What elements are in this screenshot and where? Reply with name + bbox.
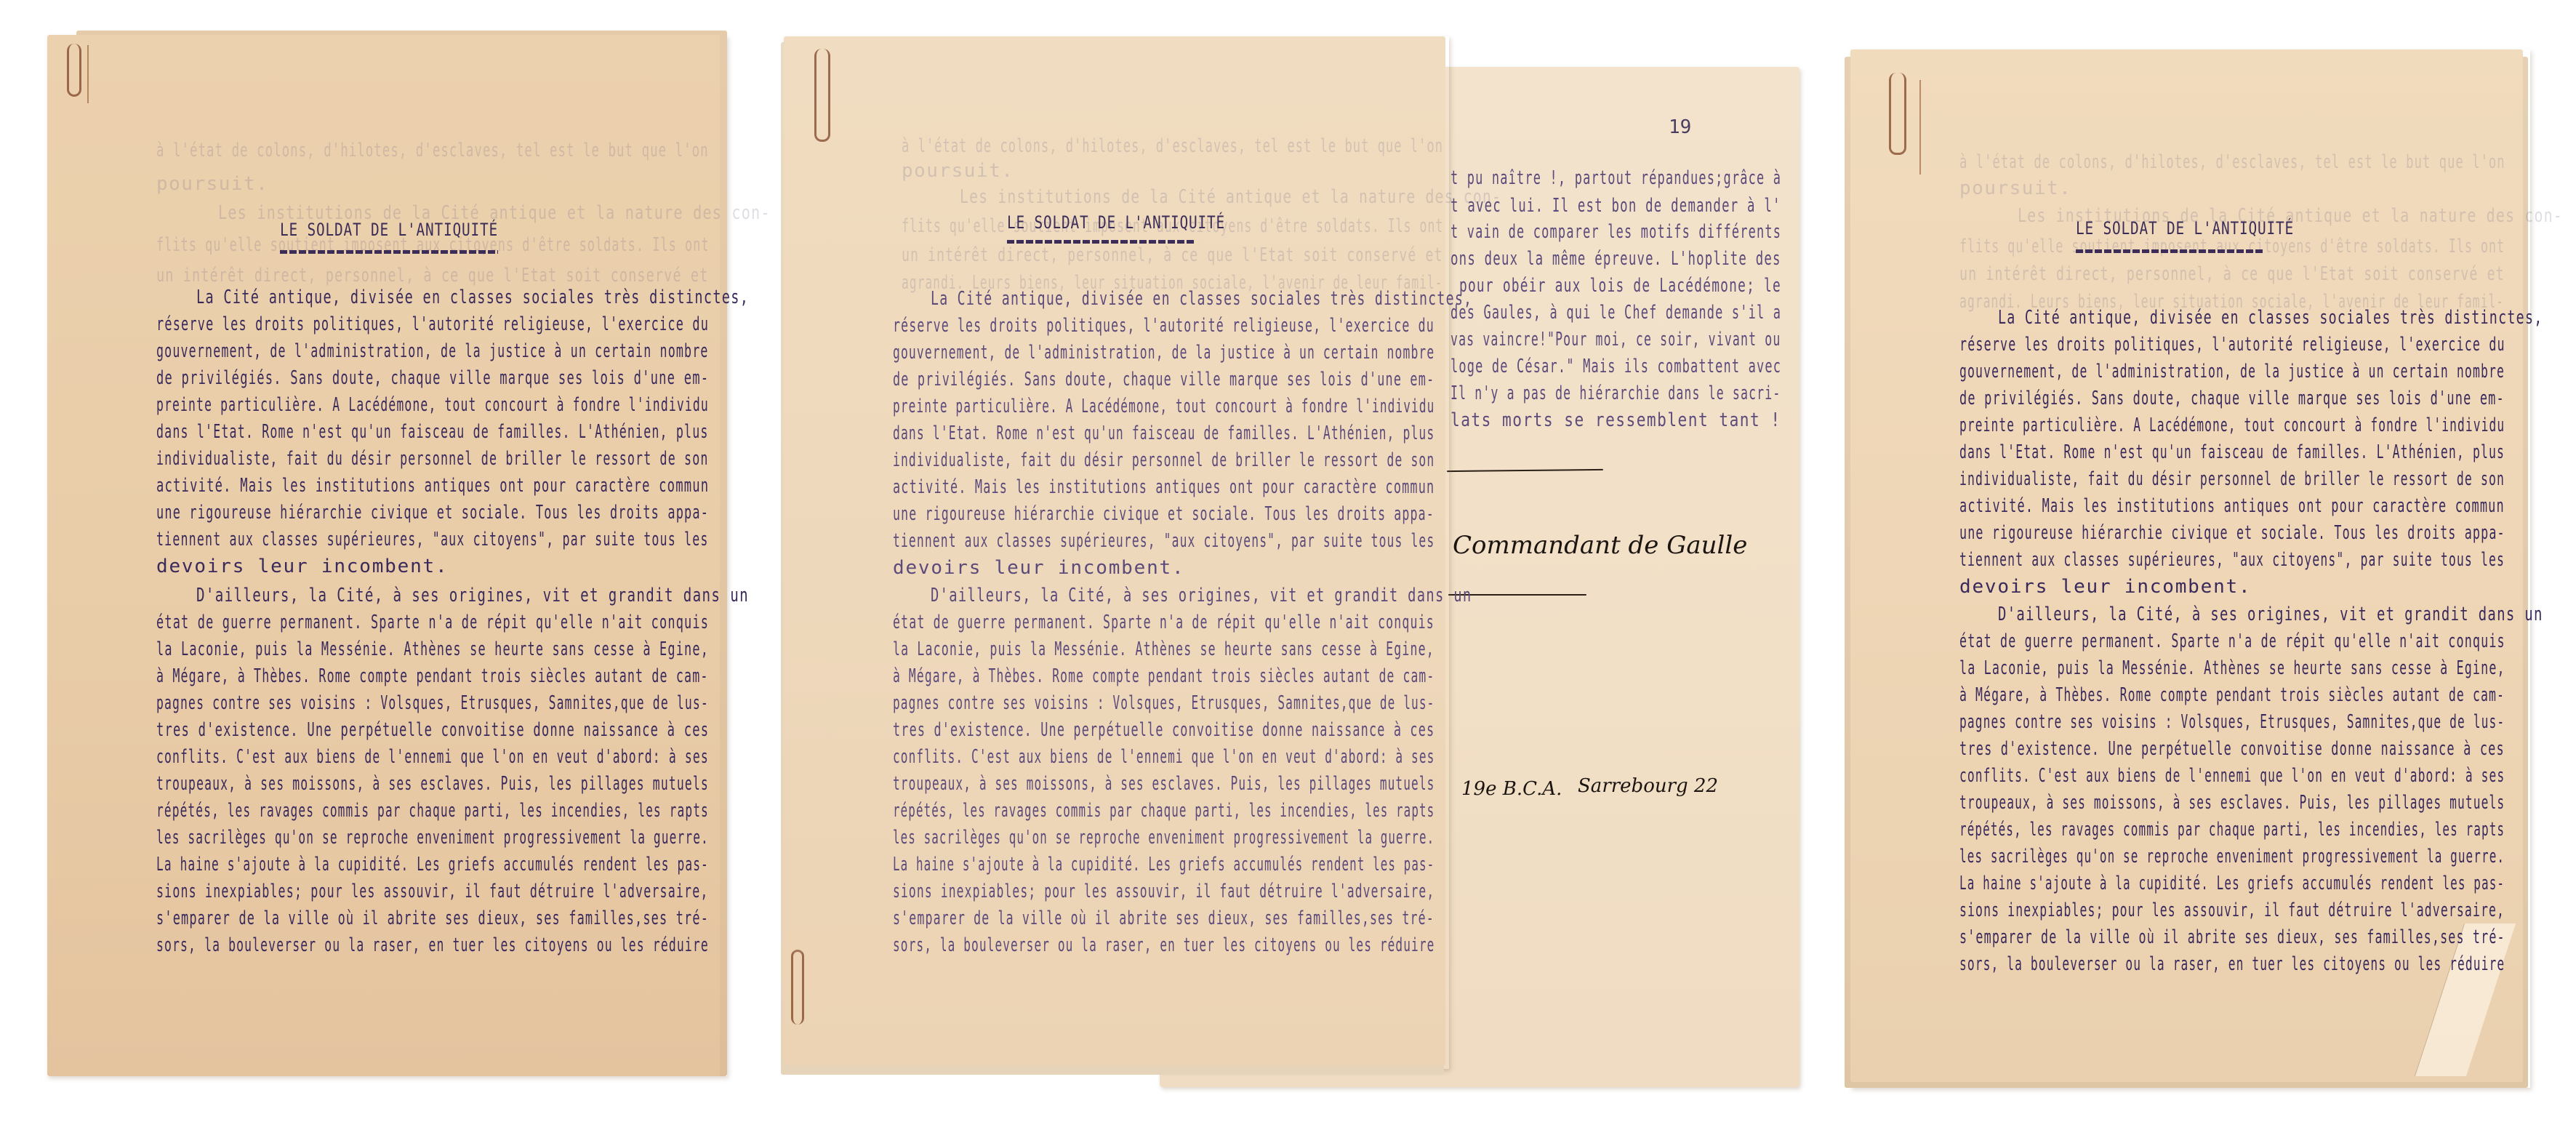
text-line: activité. Mais les institutions antiques…: [1959, 497, 2505, 516]
text-line: individualiste, fait du désir personnel …: [156, 449, 709, 468]
text-line: dans l'Etat. Rome n'est qu'un faisceau d…: [156, 422, 709, 441]
show-through-line: poursuit.: [156, 173, 268, 195]
text-line: des Gaules, à qui le Chef demande s'il a: [1450, 303, 1781, 322]
text-line: lats morts se ressemblent tant !: [1450, 411, 1781, 430]
title-underline: [2076, 249, 2265, 253]
show-through-line: Les institutions de la Cité antique et l…: [960, 186, 1501, 208]
text-line: s'emparer de la ville où il abrite ses d…: [156, 909, 709, 928]
text-line: dans l'Etat. Rome n'est qu'un faisceau d…: [893, 424, 1435, 443]
rust-stain: [1919, 80, 1921, 175]
text-line: preinte particulière. A Lacédémone, tout…: [893, 397, 1435, 416]
text-line: La Cité antique, divisée en classes soci…: [1998, 308, 2543, 327]
show-through-line: à l'état de colons, d'hilotes, d'esclave…: [902, 135, 1443, 157]
show-through-line: un intérêt direct, personnel, à ce que l…: [902, 244, 1443, 266]
text-line: tiennent aux classes supérieures, "aux c…: [1959, 550, 2505, 569]
show-through-line: un intérêt direct, personnel, à ce que l…: [156, 265, 708, 286]
text-line: réserve les droits politiques, l'autorit…: [156, 315, 709, 334]
text-line: la Laconie, puis la Messénie. Athènes se…: [893, 640, 1435, 659]
show-through-line: à l'état de colons, d'hilotes, d'esclave…: [1959, 151, 2505, 173]
text-line: devoirs leur incombent.: [1959, 577, 2251, 596]
text-line: sors, la bouleverser ou la raser, en tue…: [893, 936, 1435, 955]
text-line: les sacrilèges qu'on se reproche envenim…: [156, 828, 709, 847]
staple-rust-mark: [1889, 73, 1906, 155]
text-line: t pu naître !, partout répandues;grâce à: [1450, 169, 1781, 188]
text-line: les sacrilèges qu'on se reproche envenim…: [893, 828, 1435, 847]
text-line: vas vaincre!"Pour moi, ce soir, vivant o…: [1450, 330, 1781, 349]
text-line: réserve les droits politiques, l'autorit…: [893, 316, 1435, 335]
text-line: une rigoureuse hiérarchie civique et soc…: [156, 503, 709, 522]
text-line: tiennent aux classes supérieures, "aux c…: [893, 532, 1435, 550]
show-through-line: flits qu'elle soutient imposent aux cito…: [1959, 236, 2505, 257]
rust-stain: [87, 45, 89, 103]
text-line: répétés, les ravages commis par chaque p…: [156, 801, 709, 820]
text-line: La Cité antique, divisée en classes soci…: [196, 288, 749, 307]
text-line: pagnes contre ses voisins : Volsques, Et…: [893, 694, 1435, 713]
text-line: état de guerre permanent. Sparte n'a de …: [1959, 632, 2505, 651]
show-through-line: un intérêt direct, personnel, à ce que l…: [1959, 263, 2505, 285]
show-through-line: poursuit.: [902, 160, 1014, 182]
text-line: à Mégare, à Thèbes. Rome compte pendant …: [893, 667, 1435, 686]
text-line: à Mégare, à Thèbes. Rome compte pendant …: [156, 667, 709, 686]
text-line: troupeaux, à ses moissons, à ses esclave…: [156, 774, 709, 793]
text-line: Il n'y a pas de hiérarchie dans le sacri…: [1450, 384, 1781, 403]
text-line: sors, la bouleverser ou la raser, en tue…: [156, 936, 709, 955]
text-line: La Cité antique, divisée en classes soci…: [931, 289, 1472, 308]
text-line: D'ailleurs, la Cité, à ses origines, vit…: [1998, 605, 2543, 624]
staple-rust-mark-bottom: [791, 950, 804, 1025]
text-line: loge de César." Mais ils combattent avec: [1450, 357, 1781, 376]
text-line: tres d'existence. Une perpétuelle convoi…: [156, 721, 709, 740]
text-line: état de guerre permanent. Sparte n'a de …: [156, 613, 709, 632]
text-line: gouvernement, de l'administration, de la…: [1959, 362, 2505, 381]
title-underline: [280, 250, 498, 254]
text-line: activité. Mais les institutions antiques…: [893, 478, 1435, 497]
text-line: t vain de comparer les motifs différents: [1450, 223, 1781, 241]
text-line: La haine s'ajoute à la cupidité. Les gri…: [893, 855, 1435, 874]
text-line: La haine s'ajoute à la cupidité. Les gri…: [156, 855, 709, 874]
text-line: ons deux la même épreuve. L'hoplite des: [1450, 249, 1781, 268]
text-line: conflits. C'est aux biens de l'ennemi qu…: [893, 748, 1435, 766]
text-line: de privilégiés. Sans doute, chaque ville…: [1959, 389, 2505, 408]
staple-rust-mark: [67, 44, 81, 97]
text-line: devoirs leur incombent.: [156, 557, 448, 576]
text-line: sors, la bouleverser ou la raser, en tue…: [1959, 955, 2505, 974]
text-line: troupeaux, à ses moissons, à ses esclave…: [893, 774, 1435, 793]
text-line: sions inexpiables; pour les assouvir, il…: [1959, 901, 2505, 920]
document-title: LE SOLDAT DE L'ANTIQUITÉ: [280, 220, 498, 240]
text-line: pagnes contre ses voisins : Volsques, Et…: [1959, 713, 2505, 732]
text-line: s'emparer de la ville où il abrite ses d…: [1959, 928, 2505, 947]
text-line: conflits. C'est aux biens de l'ennemi qu…: [156, 748, 709, 766]
text-line: tres d'existence. Une perpétuelle convoi…: [893, 721, 1435, 740]
text-line: individualiste, fait du désir personnel …: [1959, 470, 2505, 489]
text-line: tiennent aux classes supérieures, "aux c…: [156, 530, 709, 549]
document-title: LE SOLDAT DE L'ANTIQUITÉ: [1007, 212, 1225, 233]
text-line: les sacrilèges qu'on se reproche envenim…: [1959, 847, 2505, 866]
text-line: pagnes contre ses voisins : Volsques, Et…: [156, 694, 709, 713]
text-line: conflits. C'est aux biens de l'ennemi qu…: [1959, 766, 2505, 785]
text-line: preinte particulière. A Lacédémone, tout…: [156, 396, 709, 414]
text-line: sions inexpiables; pour les assouvir, il…: [156, 882, 709, 901]
show-through-line: à l'état de colons, d'hilotes, d'esclave…: [156, 140, 709, 161]
text-line: dans l'Etat. Rome n'est qu'un faisceau d…: [1959, 443, 2505, 462]
text-line: pour obéir aux lois de Lacédémone; le: [1450, 276, 1781, 295]
text-line: à Mégare, à Thèbes. Rome compte pendant …: [1959, 686, 2505, 705]
text-line: tres d'existence. Une perpétuelle convoi…: [1959, 740, 2505, 758]
staple-rust-mark: [814, 49, 830, 142]
text-line: de privilégiés. Sans doute, chaque ville…: [893, 370, 1435, 389]
text-line: s'emparer de la ville où il abrite ses d…: [893, 909, 1435, 928]
text-line: troupeaux, à ses moissons, à ses esclave…: [1959, 793, 2505, 812]
text-line: D'ailleurs, la Cité, à ses origines, vit…: [931, 586, 1472, 605]
text-line: sions inexpiables; pour les assouvir, il…: [893, 882, 1435, 901]
handwritten-unit-annotation: 19e B.C.A.: [1461, 778, 1562, 800]
text-line: une rigoureuse hiérarchie civique et soc…: [1959, 524, 2505, 542]
text-line: devoirs leur incombent.: [893, 558, 1184, 577]
text-line: activité. Mais les institutions antiques…: [156, 476, 709, 495]
text-line: La haine s'ajoute à la cupidité. Les gri…: [1959, 874, 2505, 893]
text-line: de privilégiés. Sans doute, chaque ville…: [156, 369, 709, 388]
text-line: état de guerre permanent. Sparte n'a de …: [893, 613, 1435, 632]
text-line: réserve les droits politiques, l'autorit…: [1959, 335, 2505, 354]
text-line: D'ailleurs, la Cité, à ses origines, vit…: [196, 586, 749, 605]
text-line: la Laconie, puis la Messénie. Athènes se…: [1959, 659, 2505, 678]
text-line: répétés, les ravages commis par chaque p…: [1959, 820, 2505, 839]
title-underline: [1007, 240, 1196, 244]
text-line: preinte particulière. A Lacédémone, tout…: [1959, 416, 2505, 435]
show-through-line: poursuit.: [1959, 177, 2071, 199]
text-line: répétés, les ravages commis par chaque p…: [893, 801, 1435, 820]
text-line: une rigoureuse hiérarchie civique et soc…: [893, 505, 1435, 524]
page-number: 19: [1669, 116, 1691, 138]
text-line: gouvernement, de l'administration, de la…: [893, 343, 1435, 362]
text-line: gouvernement, de l'administration, de la…: [156, 342, 709, 361]
handwritten-place-annotation: Sarrebourg 22: [1578, 775, 1718, 797]
document-title: LE SOLDAT DE L'ANTIQUITÉ: [2076, 218, 2294, 239]
text-line: la Laconie, puis la Messénie. Athènes se…: [156, 640, 709, 659]
text-line: individualiste, fait du désir personnel …: [893, 451, 1435, 470]
handwritten-signature: Commandant de Gaulle: [1453, 531, 1747, 560]
